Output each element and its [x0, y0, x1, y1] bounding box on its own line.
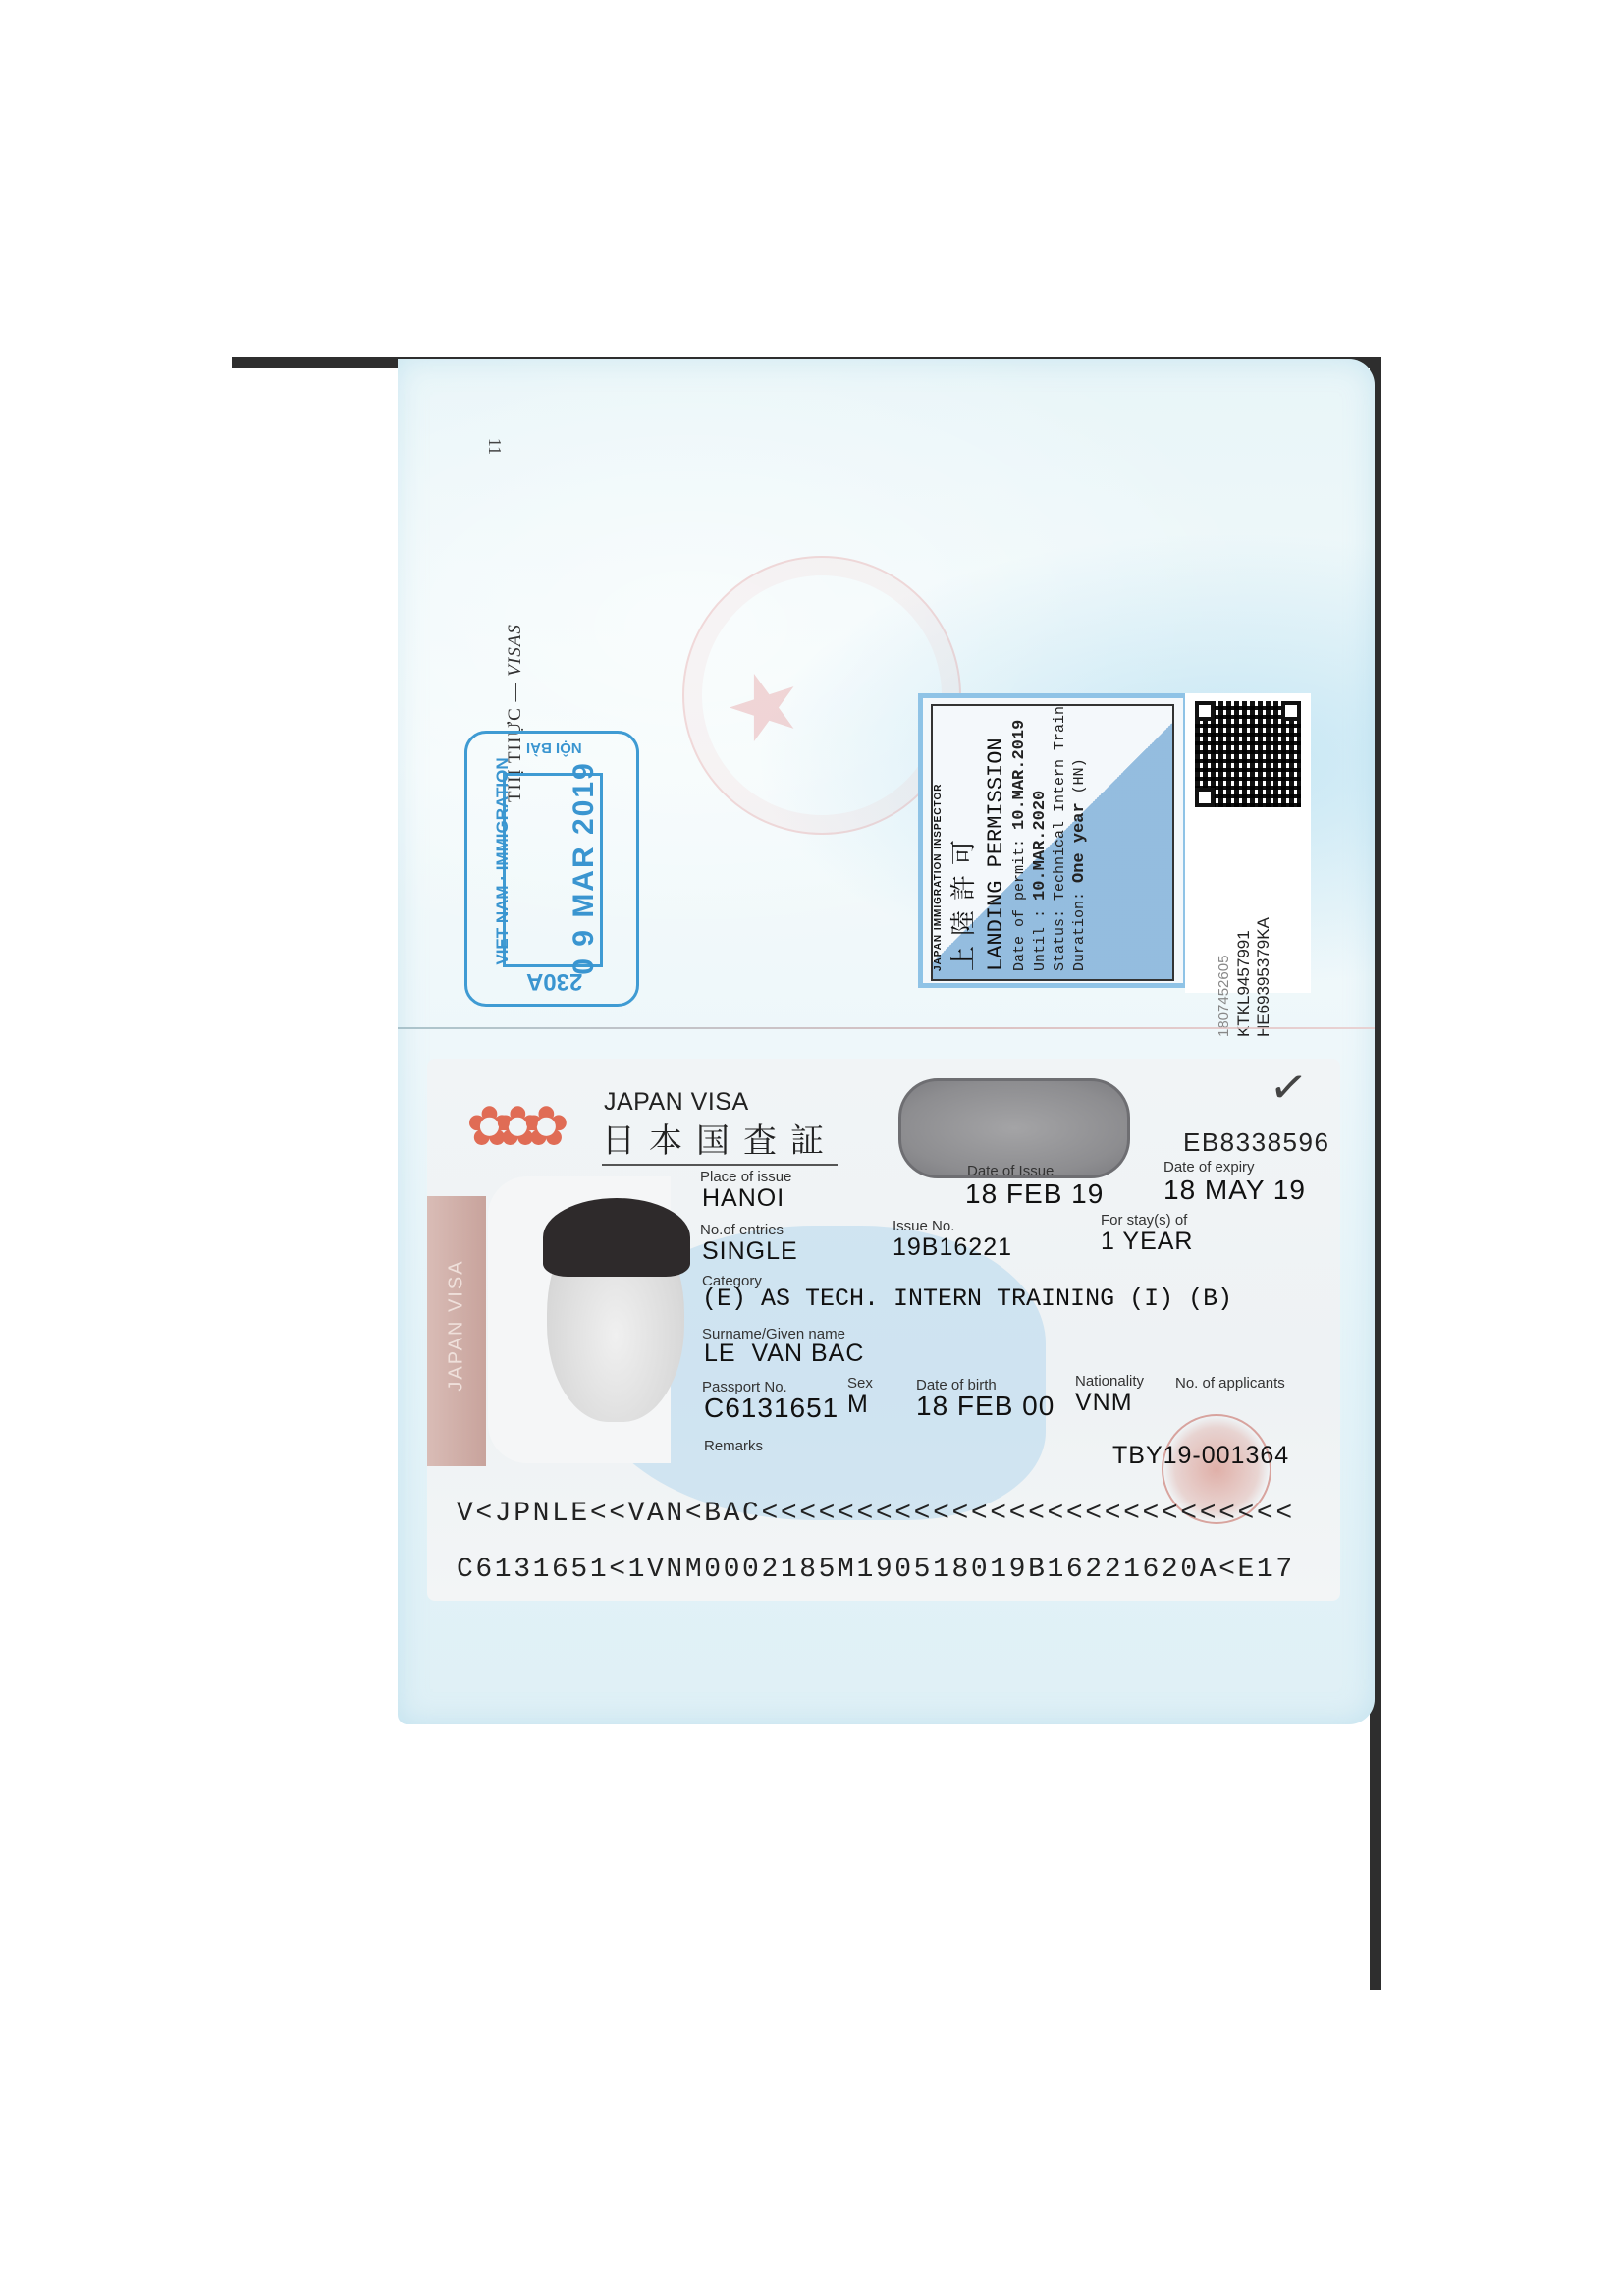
- duration-value: One year: [1070, 802, 1089, 883]
- entries-label: No.of entries: [700, 1222, 784, 1238]
- remarks-label: Remarks: [704, 1438, 763, 1454]
- holder-photo: [488, 1176, 671, 1463]
- qr-finder: [1195, 701, 1215, 721]
- sticker-code-1: KTKL9457991: [1234, 801, 1254, 1037]
- place-of-issue: HANOI: [702, 1184, 784, 1213]
- until-row: Until : 10.MAR.2020: [1031, 704, 1050, 971]
- qr-finder: [1281, 701, 1301, 721]
- qr-sticker: 1807452605 KTKL9457991 HE69395379KA: [1185, 693, 1311, 993]
- japan-visa-sticker: ✿✿✿ JAPAN VISA 日本国査証 ✓ EB8338596 JAPAN V…: [427, 1059, 1340, 1601]
- until-date: 10.MAR.2020: [1031, 791, 1050, 901]
- remarks-value: TBY19-001364: [1112, 1442, 1289, 1470]
- stamp-label: VIET NAM · IMMIGRATION: [493, 724, 513, 999]
- stay-label: For stay(s) of: [1101, 1212, 1187, 1229]
- landing-permission-sticker: JAPAN IMMIGRATION INSPECTOR 上陸許可 LANDING…: [918, 693, 1188, 988]
- star-icon: ★: [712, 668, 815, 747]
- page-title-en: VISAS: [505, 624, 525, 677]
- landing-title: LANDING PERMISSION: [984, 704, 1008, 971]
- passport-spread: 11 THỊ THỰC — VISAS ★ VIET NAM · IMMIGRA…: [398, 359, 1375, 1724]
- sex: M: [847, 1391, 869, 1419]
- category: (E) AS TECH. INTERN TRAINING (I) (B): [702, 1285, 1232, 1313]
- stamp-port: NỘI BÀI: [526, 739, 582, 756]
- landing-kanji: 上陸許可: [944, 704, 980, 971]
- date-of-expiry: 18 MAY 19: [1163, 1175, 1306, 1206]
- qr-code: [1195, 701, 1301, 807]
- nationality-label: Nationality: [1075, 1373, 1144, 1390]
- sticker-serial: 1807452605: [1215, 801, 1234, 1037]
- mrz-line-1: V<JPNLE<<VAN<BAC<<<<<<<<<<<<<<<<<<<<<<<<…: [457, 1499, 1295, 1529]
- holder-name: LE VAN BAC: [704, 1339, 864, 1368]
- applicants-label: No. of applicants: [1175, 1375, 1285, 1392]
- nationality: VNM: [1075, 1389, 1133, 1417]
- page-fold: [398, 1027, 1375, 1029]
- photo-hair: [543, 1198, 690, 1277]
- stamp-code: 230A: [526, 967, 582, 995]
- check-mark-icon: ✓: [1266, 1059, 1311, 1117]
- passport-upper-page: 11 THỊ THỰC — VISAS ★ VIET NAM · IMMIGRA…: [398, 359, 1375, 1027]
- date-of-issue-label: Date of Issue: [967, 1163, 1054, 1179]
- date-of-issue: 18 FEB 19: [965, 1178, 1104, 1210]
- status-value: Technical Intern Training (i)(b): [1052, 704, 1068, 901]
- visa-number: EB8338596: [1183, 1127, 1329, 1158]
- inspector-label: JAPAN IMMIGRATION INSPECTOR: [933, 704, 944, 971]
- vietnam-immigration-stamp: VIET NAM · IMMIGRATION 0 9 MAR 2019 NỘI …: [464, 731, 639, 1007]
- entries: SINGLE: [702, 1237, 798, 1266]
- qr-finder: [1195, 788, 1215, 807]
- visa-header: JAPAN VISA: [604, 1088, 749, 1117]
- permit-date: 10.MAR.2019: [1010, 720, 1029, 830]
- place-of-issue-label: Place of issue: [700, 1169, 791, 1185]
- page-number: 11: [484, 438, 505, 455]
- sex-label: Sex: [847, 1375, 873, 1392]
- sticker-code-2: HE69395379KA: [1254, 801, 1273, 1037]
- port-code: (HN): [1071, 758, 1088, 793]
- date-of-birth: 18 FEB 00: [916, 1391, 1055, 1422]
- date-of-expiry-label: Date of expiry: [1163, 1159, 1255, 1175]
- stay-duration: 1 YEAR: [1101, 1228, 1193, 1256]
- visa-side-strip: JAPAN VISA: [427, 1196, 486, 1466]
- status-row: Status: Technical Intern Training (i)(b): [1052, 704, 1068, 971]
- side-strip-text: JAPAN VISA: [446, 1208, 468, 1444]
- mrz-line-2: C6131651<1VNM0002185M190518019B16221620A…: [457, 1555, 1295, 1585]
- landing-permission-frame: JAPAN IMMIGRATION INSPECTOR 上陸許可 LANDING…: [931, 704, 1174, 981]
- duration-row: Duration: One year (HN): [1070, 704, 1089, 971]
- passport-no: C6131651: [704, 1393, 839, 1424]
- visa-header-jp: 日本国査証: [602, 1114, 838, 1166]
- landing-permission-content: JAPAN IMMIGRATION INSPECTOR 上陸許可 LANDING…: [933, 704, 1168, 971]
- issue-no: 19B16221: [893, 1233, 1012, 1262]
- qr-sticker-text: 1807452605 KTKL9457991 HE69395379KA: [1215, 801, 1273, 1037]
- issue-no-label: Issue No.: [893, 1218, 954, 1234]
- cherry-blossom-icon: ✿✿✿: [466, 1094, 552, 1159]
- permit-date-row: Date of permit: 10.MAR.2019: [1010, 704, 1029, 971]
